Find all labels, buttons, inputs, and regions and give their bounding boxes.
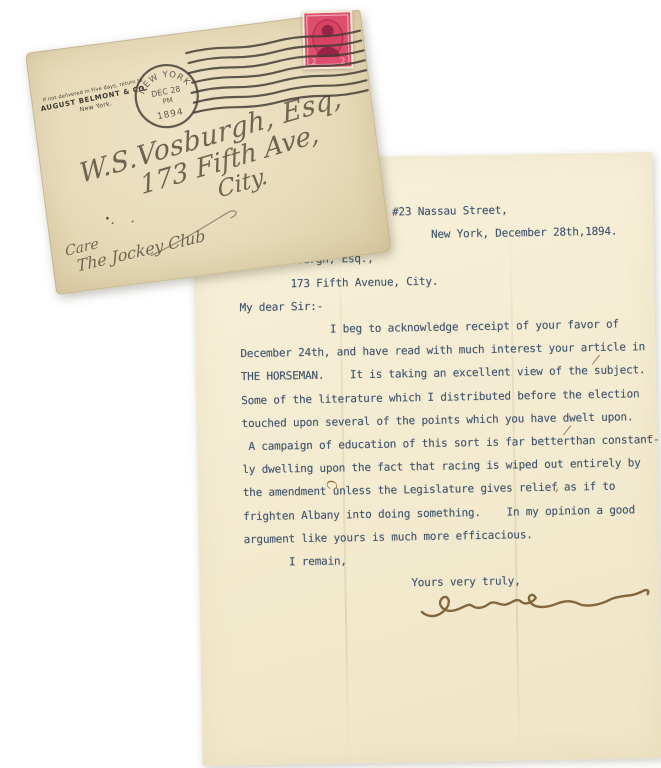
pen-annotation: , [555,480,559,495]
postmark-time: PM [162,96,174,106]
signature-august-belmont [415,578,656,626]
envelope: If not delivered in Five days, return to… [25,9,392,295]
pen-annotation: - [649,428,654,443]
photograph-scene: #23 Nassau Street, New York, December 28… [0,0,661,768]
postmark-year: 1894 [156,107,184,122]
